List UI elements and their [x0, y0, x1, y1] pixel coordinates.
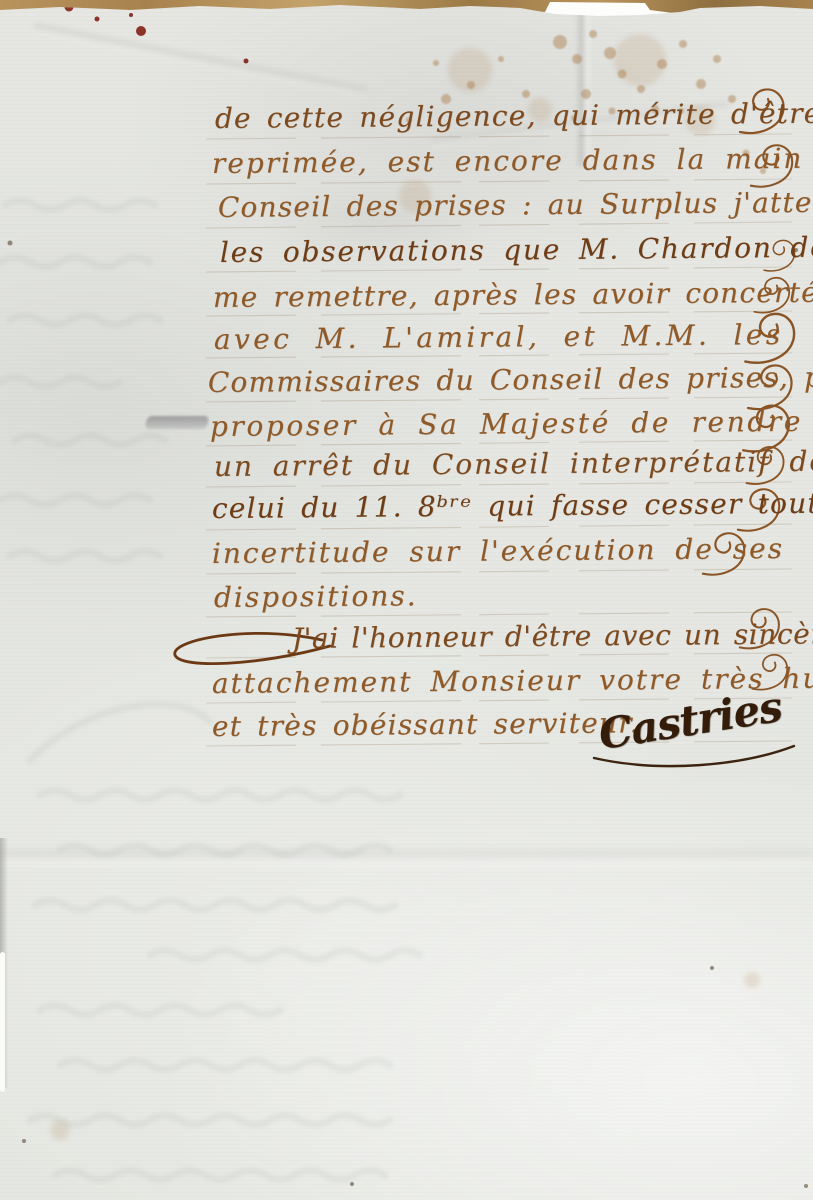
fold-crease [0, 848, 813, 868]
letter-line: me remettre, après les avoir concertées [213, 275, 813, 314]
letter-line: celui du 11. 8ᵇʳᵉ qui fasse cesser toute [212, 487, 813, 525]
letter-line: avec M. L'amiral, et M.M. les [214, 318, 784, 356]
letter-paper: de cette négligence, qui mérite d'être r… [0, 0, 813, 1200]
letter-line: les observations que M. Chardon doit [220, 230, 813, 269]
letter-line: un arrêt du Conseil interprétatif de [214, 445, 813, 483]
closing-line: et très obéissant serviteur. [212, 706, 640, 743]
letter-line: incertitude sur l'exécution de ses [212, 532, 784, 570]
letter-line: Commissaires du Conseil des prises, pour [208, 360, 813, 399]
letter-line: dispositions. [214, 579, 418, 614]
letter-line: Conseil des prises : au Surplus j'attend… [218, 185, 813, 224]
letter-line: de cette négligence, qui mérite d'être [215, 97, 813, 135]
letter-line: reprimée, est encore dans la main du [212, 141, 813, 180]
closing-line: J'ai l'honneur d'être avec un sincère [292, 617, 813, 655]
fold-crease [576, 6, 592, 166]
offset-ink-smudge [145, 416, 210, 429]
letter-line: proposer à Sa Majesté de rendre [210, 405, 803, 443]
fold-crease [32, 23, 368, 98]
paper-edge-shadow [0, 838, 8, 1088]
red-ink-spots [65, 3, 249, 64]
paper-edge-gap [0, 952, 5, 1092]
scanned-letter-page: de cette négligence, qui mérite d'être r… [0, 0, 813, 1200]
